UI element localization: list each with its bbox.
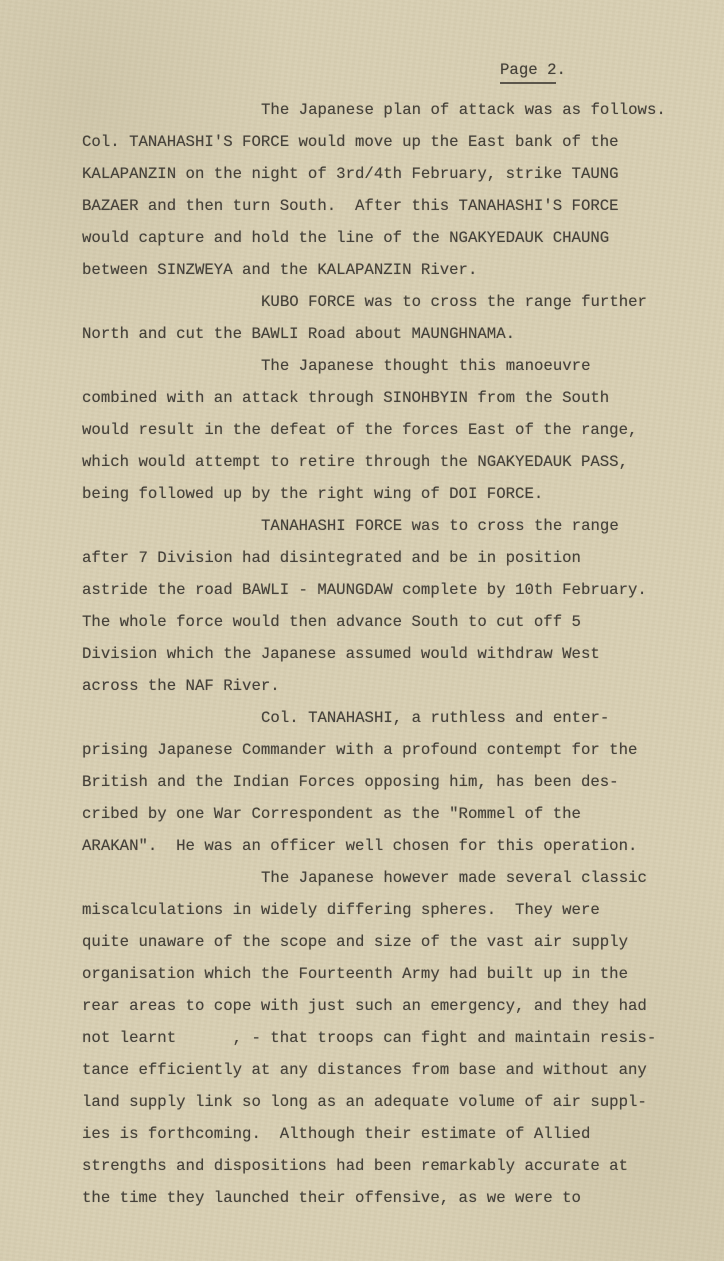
document-line: not learnt , - that troops can fight and… (82, 1022, 682, 1054)
document-line: British and the Indian Forces opposing h… (82, 766, 682, 798)
document-line: would result in the defeat of the forces… (82, 414, 682, 446)
document-line: Division which the Japanese assumed woul… (82, 638, 682, 670)
document-line: quite unaware of the scope and size of t… (82, 926, 682, 958)
document-page: Page 2. The Japanese plan of attack was … (0, 0, 724, 1261)
document-line: KALAPANZIN on the night of 3rd/4th Febru… (82, 158, 682, 190)
document-line: The Japanese plan of attack was as follo… (82, 94, 682, 126)
document-line: BAZAER and then turn South. After this T… (82, 190, 682, 222)
document-line: prising Japanese Commander with a profou… (82, 734, 682, 766)
document-line: being followed up by the right wing of D… (82, 478, 682, 510)
document-line: tance efficiently at any distances from … (82, 1054, 682, 1086)
document-line: land supply link so long as an adequate … (82, 1086, 682, 1118)
document-line: would capture and hold the line of the N… (82, 222, 682, 254)
document-line: Col. TANAHASHI'S FORCE would move up the… (82, 126, 682, 158)
document-line: ies is forthcoming. Although their estim… (82, 1118, 682, 1150)
document-line: after 7 Division had disintegrated and b… (82, 542, 682, 574)
page-number-text: Page 2 (500, 54, 556, 84)
document-line: astride the road BAWLI - MAUNGDAW comple… (82, 574, 682, 606)
document-line: which would attempt to retire through th… (82, 446, 682, 478)
document-line: miscalculations in widely differing sphe… (82, 894, 682, 926)
document-line: North and cut the BAWLI Road about MAUNG… (82, 318, 682, 350)
document-line: rear areas to cope with just such an eme… (82, 990, 682, 1022)
document-line: between SINZWEYA and the KALAPANZIN Rive… (82, 254, 682, 286)
page-number-period: . (556, 61, 565, 79)
document-line: cribed by one War Correspondent as the "… (82, 798, 682, 830)
document-line: the time they launched their offensive, … (82, 1182, 682, 1214)
document-line: ARAKAN". He was an officer well chosen f… (82, 830, 682, 862)
document-line: across the NAF River. (82, 670, 682, 702)
document-line: strengths and dispositions had been rema… (82, 1150, 682, 1182)
document-line: The Japanese thought this manoeuvre (82, 350, 682, 382)
document-line: KUBO FORCE was to cross the range furthe… (82, 286, 682, 318)
page-number-heading: Page 2. (500, 54, 566, 86)
document-line: The whole force would then advance South… (82, 606, 682, 638)
document-body: The Japanese plan of attack was as follo… (82, 94, 682, 1214)
document-line: The Japanese however made several classi… (82, 862, 682, 894)
document-line: Col. TANAHASHI, a ruthless and enter- (82, 702, 682, 734)
document-line: combined with an attack through SINOHBYI… (82, 382, 682, 414)
document-line: organisation which the Fourteenth Army h… (82, 958, 682, 990)
document-line: TANAHASHI FORCE was to cross the range (82, 510, 682, 542)
